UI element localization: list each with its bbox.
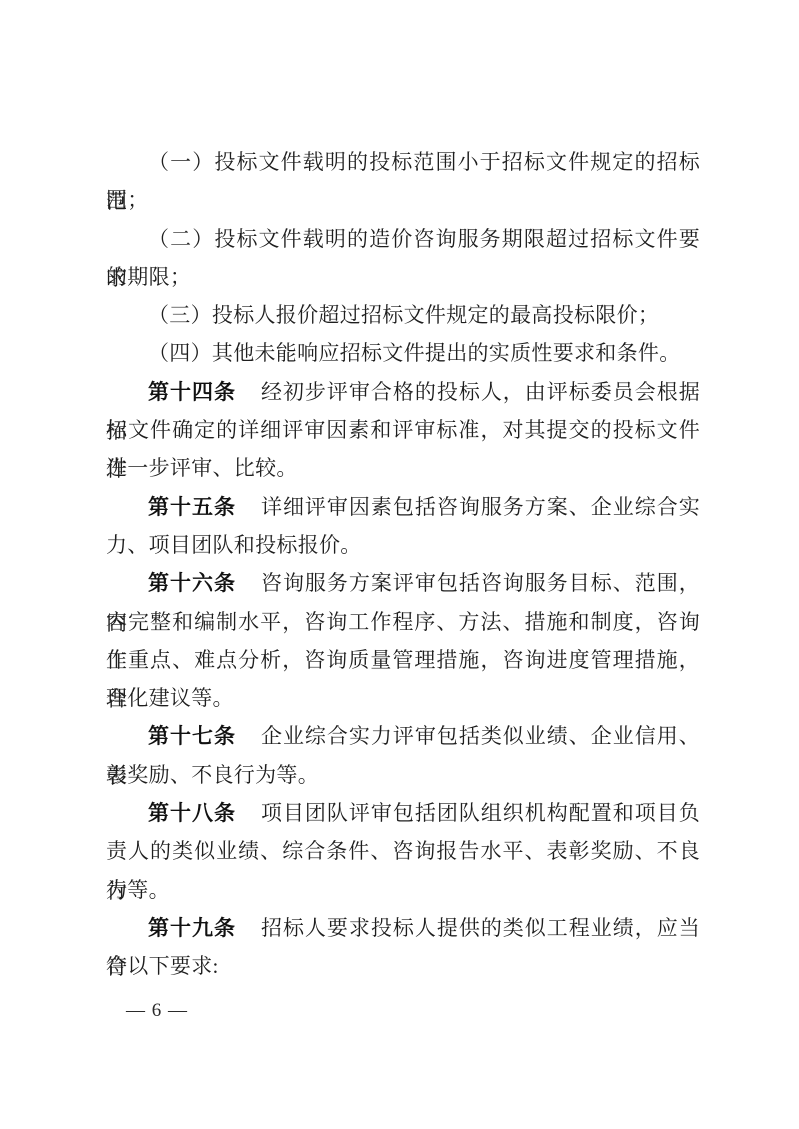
text-line: 为等。 <box>106 871 700 909</box>
text-line: 第十八条项目团队评审包括团队组织机构配置和项目负 <box>106 794 700 832</box>
text-line: 的期限； <box>106 258 700 296</box>
text-line: （四）其他未能响应招标文件提出的实质性要求和条件。 <box>106 334 700 372</box>
article-number: 第十四条 <box>148 381 236 404</box>
page-number: — 6 — <box>126 999 188 1023</box>
text-line: 容完整和编制水平，咨询工作程序、方法、措施和制度，咨询工 <box>106 603 700 641</box>
text-line: 第十六条咨询服务方案评审包括咨询服务目标、范围，内 <box>106 564 700 602</box>
line-text: 围； <box>106 188 149 212</box>
text-line: （三）投标人报价超过招标文件规定的最高投标限价； <box>106 296 700 334</box>
text-line: 第十五条详细评审因素包括咨询服务方案、企业综合实 <box>106 488 700 526</box>
article-number: 第十九条 <box>148 917 236 940</box>
article-number: 第十六条 <box>148 572 236 595</box>
text-line: （一）投标文件载明的投标范围小于招标文件规定的招标范 <box>106 143 700 181</box>
line-text: 力、项目团队和投标报价。 <box>106 533 362 557</box>
text-line: 责人的类似业绩、综合条件、咨询报告水平、表彰奖励、不良行 <box>106 832 700 870</box>
text-line: 合以下要求: <box>106 947 700 985</box>
text-line: 理化建议等。 <box>106 679 700 717</box>
article-number: 第十五条 <box>148 496 236 519</box>
text-line: 标文件确定的详细评审因素和评审标准，对其提交的投标文件作 <box>106 411 700 449</box>
text-line: 围； <box>106 181 700 219</box>
line-text: 彰奖励、不良行为等。 <box>106 763 319 787</box>
article-number: 第十七条 <box>148 725 236 748</box>
text-line: 作重点、难点分析，咨询质量管理措施，咨询进度管理措施，合 <box>106 641 700 679</box>
text-line: 第十七条企业综合实力评审包括类似业绩、企业信用、表 <box>106 717 700 755</box>
document-page: （一）投标文件载明的投标范围小于招标文件规定的招标范 围； （二）投标文件载明的… <box>0 0 799 1129</box>
line-text: 为等。 <box>106 878 170 902</box>
text-line: 彰奖励、不良行为等。 <box>106 756 700 794</box>
line-text: 合以下要求: <box>106 954 219 978</box>
text-line: 第十九条招标人要求投标人提供的类似工程业绩，应当符 <box>106 909 700 947</box>
text-line: （二）投标文件载明的造价咨询服务期限超过招标文件要求 <box>106 220 700 258</box>
line-text: 进一步评审、比较。 <box>106 456 298 480</box>
line-text: 理化建议等。 <box>106 686 234 710</box>
text-line: 力、项目团队和投标报价。 <box>106 526 700 564</box>
line-text: 的期限； <box>106 265 191 289</box>
text-line: 进一步评审、比较。 <box>106 449 700 487</box>
text-line: 第十四条经初步评审合格的投标人，由评标委员会根据招 <box>106 373 700 411</box>
document-body: （一）投标文件载明的投标范围小于招标文件规定的招标范 围； （二）投标文件载明的… <box>106 143 700 986</box>
line-text: （三）投标人报价超过招标文件规定的最高投标限价； <box>148 303 659 327</box>
article-number: 第十八条 <box>148 802 236 825</box>
line-text: 详细评审因素包括咨询服务方案、企业综合实 <box>261 495 700 519</box>
line-text: 项目团队评审包括团队组织机构配置和项目负 <box>261 801 700 825</box>
line-text: （四）其他未能响应招标文件提出的实质性要求和条件。 <box>148 341 681 365</box>
